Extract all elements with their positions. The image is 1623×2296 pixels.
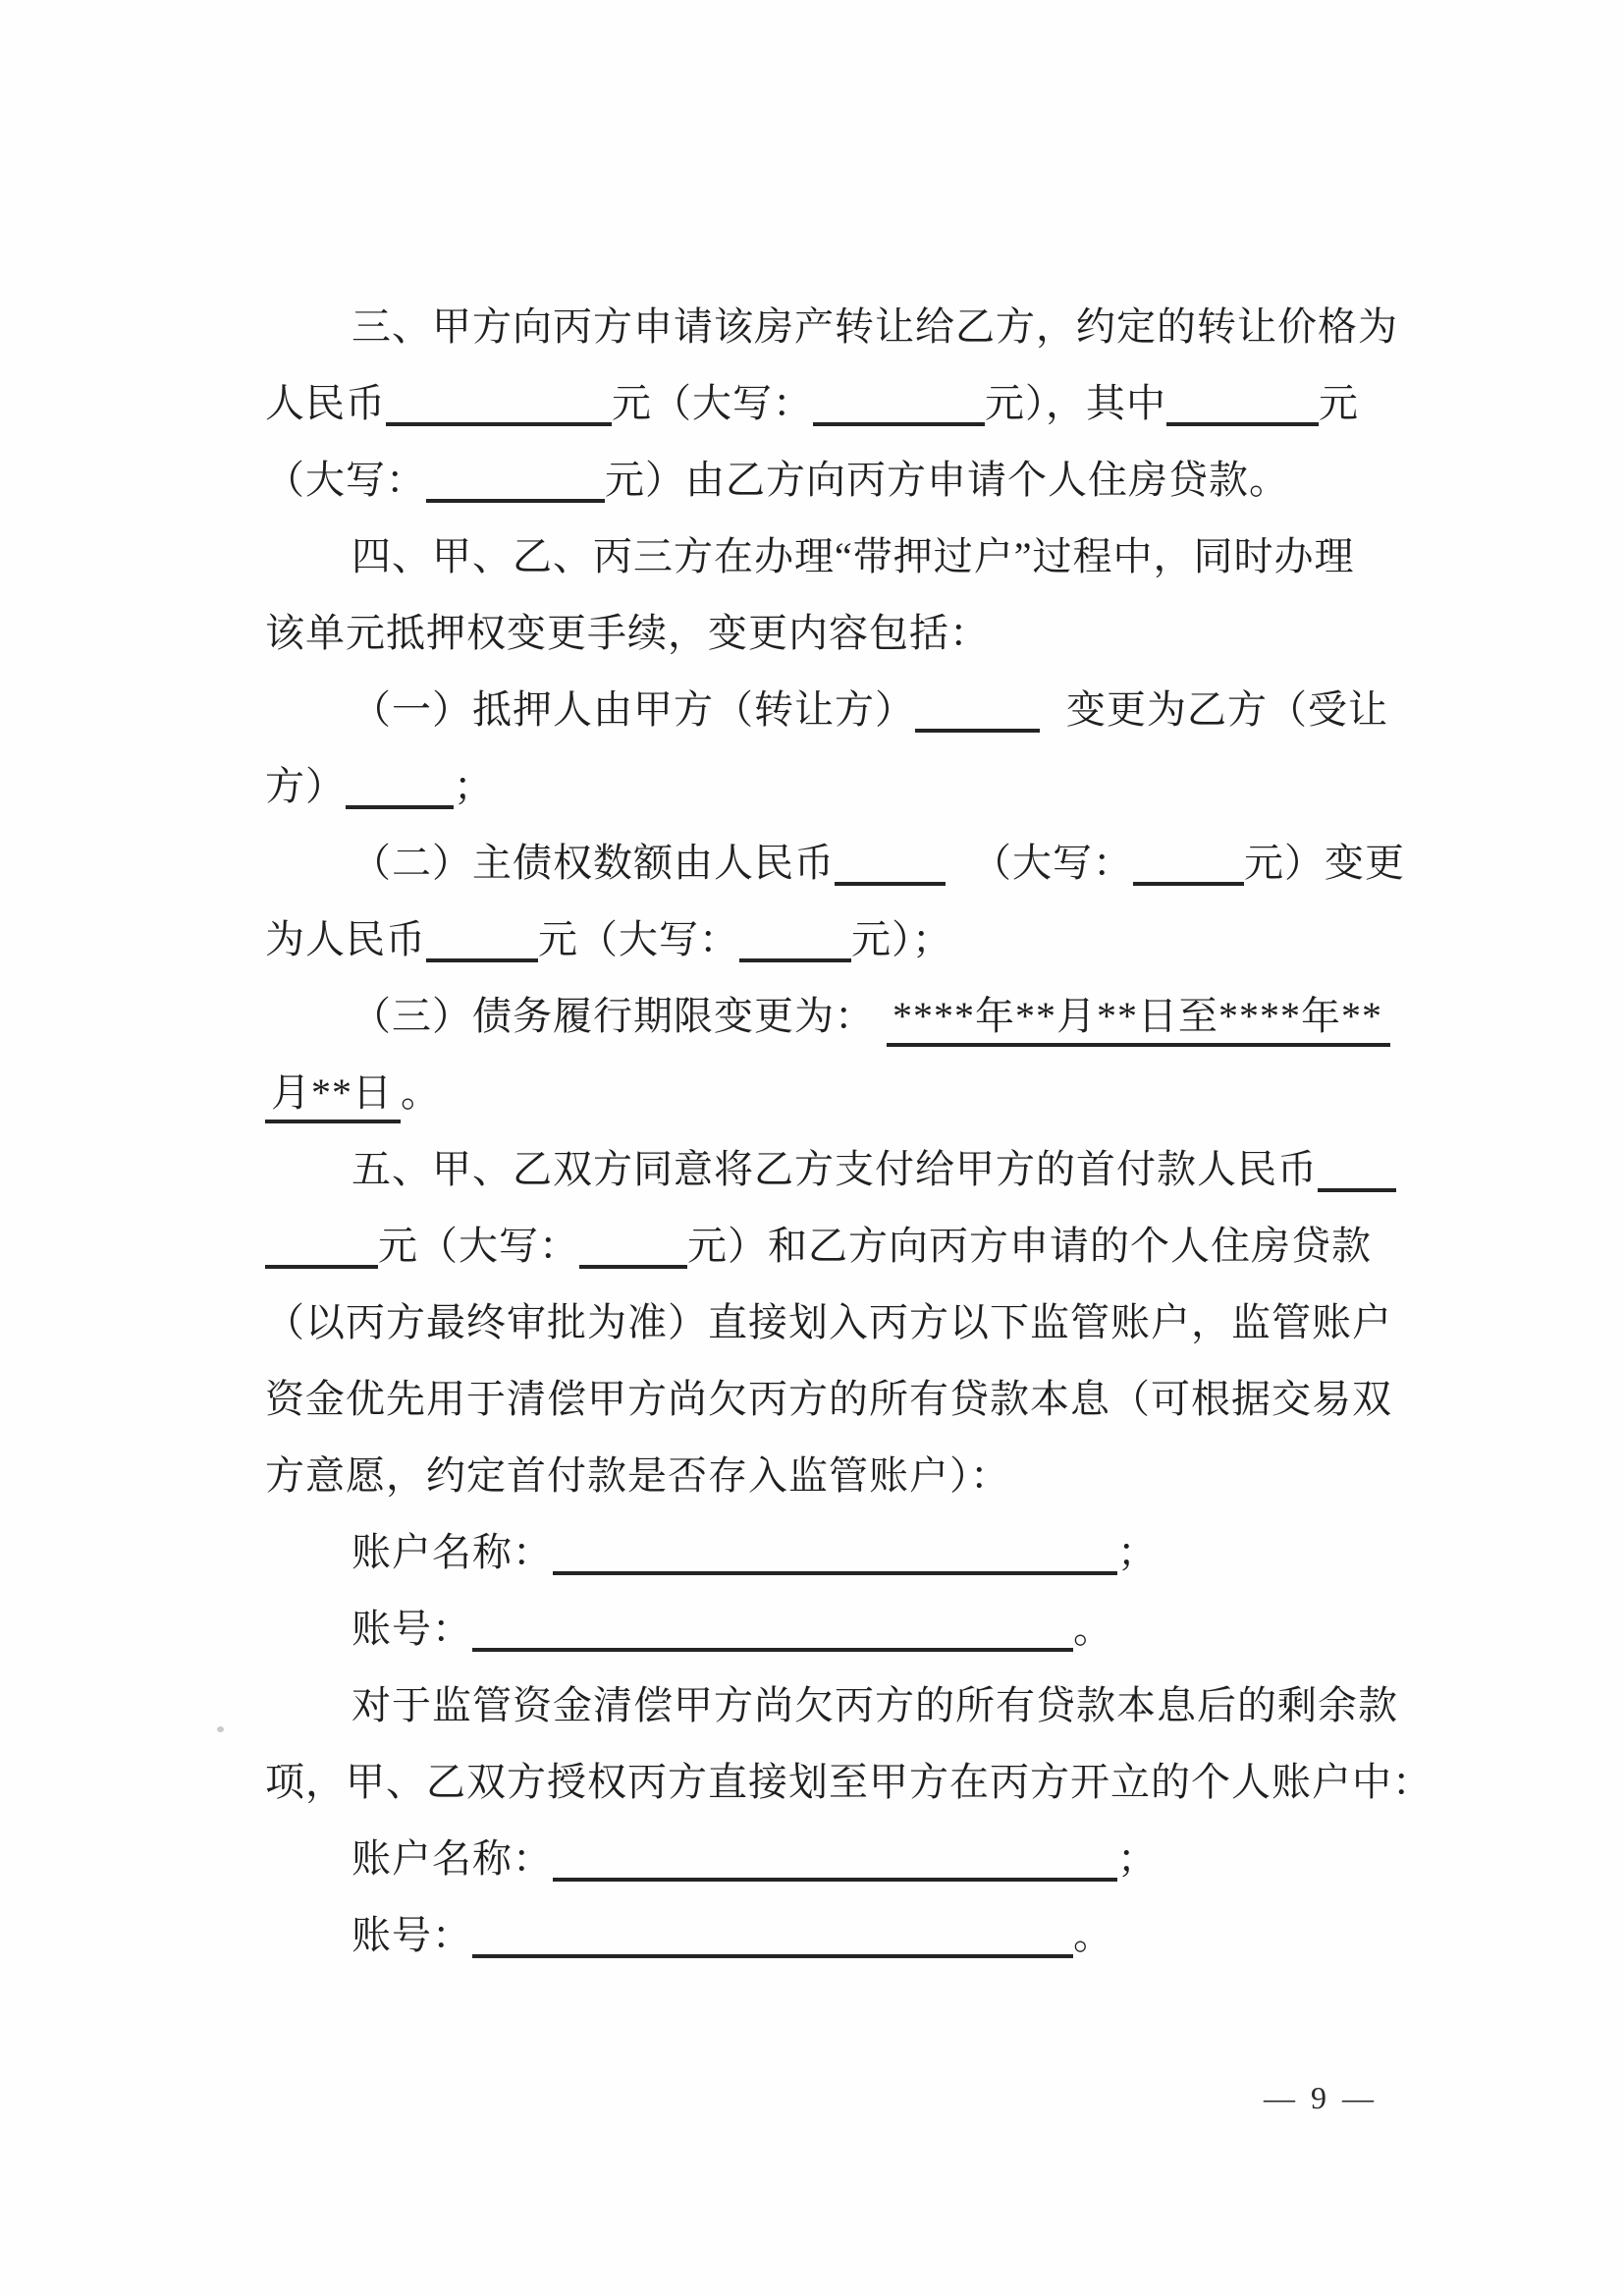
text-segment: ； [1117,1530,1158,1574]
text-segment: （大写： [972,841,1133,885]
text-segment: 资金优先用于清偿甲方尚欠丙方的所有贷款本息（可根据交易双 [265,1377,1392,1421]
text-segment: 元）和乙方向丙方申请的个人住房贷款 [687,1224,1372,1268]
blank-underline-field [553,1864,1117,1882]
text-line: 项，甲、乙双方授权丙方直接划至甲方在丙方开立的个人账户中： [265,1744,1404,1821]
text-line: （一）抵押人由甲方（转让方）变更为乙方（受让 [265,672,1404,748]
text-line: 元（大写：元）和乙方向丙方申请的个人住房贷款 [265,1208,1404,1285]
text-segment: 四、甲、乙、丙三方在办理“带押过户”过程中，同时办理 [352,534,1355,578]
spacer [875,1025,887,1029]
blank-underline-field [553,1558,1117,1575]
blank-underline-field [472,1941,1073,1958]
text-line: 账号：。 [265,1591,1404,1667]
text-segment: 。 [1073,1607,1113,1651]
text-segment: 元（大写： [612,381,813,425]
text-line: 账号：。 [265,1897,1404,1974]
text-segment: 账号： [352,1607,472,1651]
blank-underline-field [426,485,605,503]
underlined-text-segment: ****年**月**日至****年** [887,994,1390,1047]
text-segment: （一）抵押人由甲方（转让方） [352,687,915,732]
blank-underline-field [472,1634,1073,1652]
text-line: 方意愿，约定首付款是否存入监管账户）： [265,1438,1404,1514]
text-line: 月**日。 [265,1055,1404,1131]
text-segment: 变更为乙方（受让 [1066,687,1388,732]
text-segment: ； [454,764,494,808]
document-page: 三、甲方向丙方申请该房产转让给乙方，约定的转让价格为人民币元（大写：元），其中元… [0,0,1623,2296]
text-segment: 方意愿，约定首付款是否存入监管账户）： [265,1453,1010,1498]
text-segment: （三）债务履行期限变更为： [352,994,875,1038]
text-line: 为人民币元（大写：元）； [265,902,1404,978]
text-line: （以丙方最终审批为准）直接划入丙方以下监管账户，监管账户 [265,1285,1404,1361]
scan-speck [217,1726,224,1732]
text-segment: 对于监管资金清偿甲方尚欠丙方的所有贷款本息后的剩余款 [352,1683,1398,1727]
text-segment: 元（大写： [378,1224,579,1268]
text-segment: 为人民币 [265,917,426,961]
text-line: 三、甲方向丙方申请该房产转让给乙方，约定的转让价格为 [265,289,1404,365]
text-segment: （大写： [265,458,426,502]
text-line: 人民币元（大写：元），其中元 [265,365,1404,442]
text-segment: 该单元抵押权变更手续，变更内容包括： [265,611,990,655]
text-segment: 人民币 [265,381,386,425]
document-body: 三、甲方向丙方申请该房产转让给乙方，约定的转让价格为人民币元（大写：元），其中元… [265,289,1404,1974]
text-segment: 元（大写： [538,917,739,961]
blank-underline-field [813,409,985,426]
text-line: （二）主债权数额由人民币（大写：元）变更 [265,825,1404,902]
text-line: （三）债务履行期限变更为：****年**月**日至****年** [265,978,1404,1055]
text-line: 账户名称：； [265,1514,1404,1591]
spacer [1040,719,1066,723]
blank-underline-field [579,1251,687,1269]
underlined-text-segment: 月**日 [265,1070,401,1123]
text-segment: 账户名称： [352,1530,553,1574]
page-number: — 9 — [1232,2080,1409,2116]
spacer [946,872,972,876]
text-segment: 项，甲、乙双方授权丙方直接划至甲方在丙方开立的个人账户中： [265,1760,1433,1804]
text-segment: 账号： [352,1913,472,1957]
blank-underline-field [835,868,946,886]
text-segment: 元 [1319,381,1359,425]
text-segment: ； [1117,1836,1158,1881]
blank-underline-field [915,715,1040,733]
blank-underline-field [1318,1175,1396,1192]
blank-underline-field [426,945,538,962]
text-line: 资金优先用于清偿甲方尚欠丙方的所有贷款本息（可根据交易双 [265,1361,1404,1438]
text-segment: 。 [401,1070,441,1115]
text-segment: （以丙方最终审批为准）直接划入丙方以下监管账户，监管账户 [265,1300,1392,1344]
text-segment: 。 [1073,1913,1113,1957]
text-line: 五、甲、乙双方同意将乙方支付给甲方的首付款人民币 [265,1131,1404,1208]
blank-underline-field [1133,868,1244,886]
text-segment: 五、甲、乙双方同意将乙方支付给甲方的首付款人民币 [352,1147,1318,1191]
text-segment: 账户名称： [352,1836,553,1881]
text-segment: 元）变更 [1244,841,1405,885]
text-segment: 元），其中 [985,381,1166,425]
blank-underline-field [739,945,851,962]
text-line: （大写：元）由乙方向丙方申请个人住房贷款。 [265,442,1404,519]
text-segment: （二）主债权数额由人民币 [352,841,835,885]
text-line: 四、甲、乙、丙三方在办理“带押过户”过程中，同时办理 [265,519,1404,595]
text-segment: 三、甲方向丙方申请该房产转让给乙方，约定的转让价格为 [352,304,1398,349]
text-segment: 元）由乙方向丙方申请个人住房贷款。 [605,458,1289,502]
text-line: 对于监管资金清偿甲方尚欠丙方的所有贷款本息后的剩余款 [265,1667,1404,1744]
text-segment: 元）； [851,917,952,961]
text-line: 方）； [265,748,1404,825]
text-line: 该单元抵押权变更手续，变更内容包括： [265,595,1404,672]
blank-underline-field [265,1251,378,1269]
text-segment: 方） [265,764,346,808]
blank-underline-field [386,409,612,426]
text-line: 账户名称：； [265,1821,1404,1897]
blank-underline-field [346,792,454,809]
blank-underline-field [1166,409,1319,426]
